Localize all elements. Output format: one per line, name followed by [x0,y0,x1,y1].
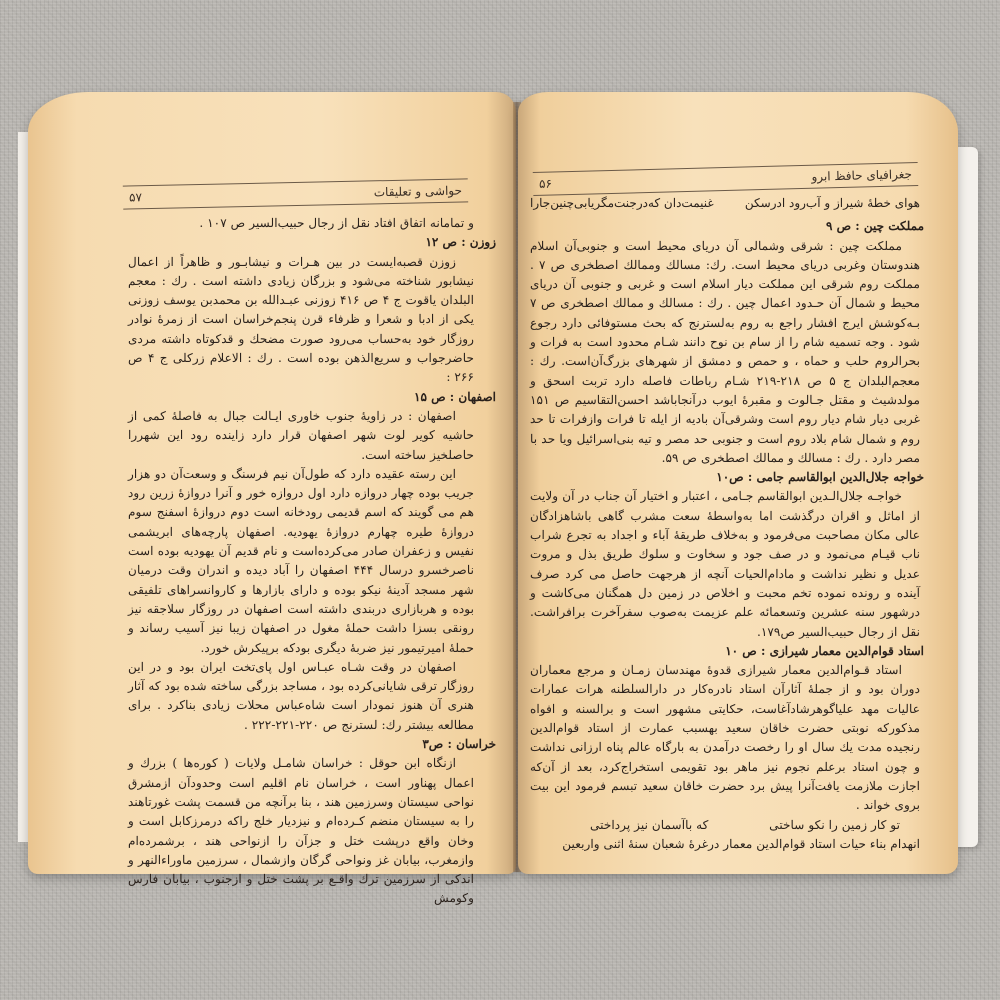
epigraph-verse: هوای خطهٔ شیراز و آب‌رود ادرسکن غنیمت‌دا… [530,194,920,213]
quoted-verse: تو کار زمین را نکو ساختی که باآسمان نیز … [530,816,920,835]
hemistich: هوای خطهٔ شیراز و آب‌رود ادرسکن [745,194,920,213]
closing-text: انهدام بناء حیات استاد قوام‌الدین معمار … [530,835,920,854]
left-page: حواشی و تعلیقات ۵۷ و تمامانه اتفاق افتاد… [28,92,516,874]
hemistich: غنیمت‌دان که‌درجنت‌مگریابی‌چنین‌جارا [530,194,714,213]
hemistich: تو کار زمین را نکو ساختی [769,816,900,835]
entry-text-khorasan: ازنگاه ابن حوقل : خراسان شامـل ولایات ( … [128,754,474,908]
header-title: حواشی و تعلیقات [374,184,462,200]
header-title: جغرافیای حافظ ابرو [811,167,912,184]
entry-heading-khorasan: خراسان : ص۳ [128,735,496,754]
continuation-text: و تمامانه اتفاق افتاد نقل از رجال حبیب‌ا… [128,214,474,233]
page-number: ۵۷ [129,190,142,204]
entry-text-jami: خواجـه جلال‌الـدین ابوالقاسم جـامی ، اعت… [530,487,920,641]
hemistich: که باآسمان نیز پرداختی [590,816,708,835]
entry-heading-isfahan: اصفهان : ص ۱۵ [128,388,496,407]
page-number: ۵۶ [539,177,552,191]
entry-paragraph: این رسته عقیده دارد که طول‌آن نیم فرسنگ … [128,465,474,658]
running-header-left: حواشی و تعلیقات ۵۷ [123,178,468,209]
running-header-right: جغرافیای حافظ ابرو ۵۶ [533,162,918,196]
entry-text-qavam: استاد قـوام‌الدین معمار شیرازی قدوهٔ مهن… [530,661,920,815]
entry-text-china: مملکت چین : شرقی وشمالی آن دریای محیط اس… [530,237,920,469]
entry-paragraph: اصفهان : در زاویهٔ جنوب خاوری ایـالت جبا… [128,407,474,465]
entry-heading-china: مملکت چین : ص ۹ [530,217,924,236]
entry-heading-zuzan: زوزن : ص ۱۲ [128,233,496,252]
right-page-body: هوای خطهٔ شیراز و آب‌رود ادرسکن غنیمت‌دا… [530,194,920,854]
right-page: جغرافیای حافظ ابرو ۵۶ هوای خطهٔ شیراز و … [518,92,958,874]
left-page-body: و تمامانه اتفاق افتاد نقل از رجال حبیب‌ا… [128,214,474,909]
entry-heading-qavam: استاد قوام‌الدین معمار شیرازی : ص ۱۰ [530,642,924,661]
open-book: حواشی و تعلیقات ۵۷ و تمامانه اتفاق افتاد… [18,92,978,882]
entry-paragraph: اصفهان در وقت شـاه عبـاس اول پای‌تخت ایر… [128,658,474,735]
entry-heading-jami: خواجه جلال‌الدین ابوالقاسم جامی : ص۱۰ [530,468,924,487]
entry-text-zuzan: زوزن قصبه‌ایست در بین هـرات و نیشابـور و… [128,253,474,388]
